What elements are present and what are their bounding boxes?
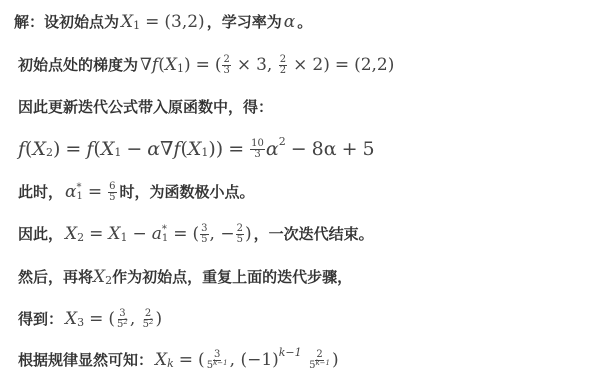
text: ，一次迭代结束。: [254, 222, 374, 246]
text: 时，为函数极小点。: [120, 180, 255, 204]
text: 。: [297, 10, 312, 34]
math-x1-definition: X1 = (3,2): [121, 10, 205, 34]
line-solution-start: 解：设初始点为 X1 = (3,2) ，学习率为 α 。: [14, 10, 312, 34]
math-x2-ref: X2: [93, 265, 112, 289]
text: 此时，: [18, 180, 63, 204]
text: 然后，再将: [18, 265, 93, 289]
fraction: 252: [142, 309, 155, 330]
fraction: 103: [250, 139, 265, 160]
text: 解：设初始点为: [14, 10, 119, 34]
text: 作为初始点，重复上面的迭代步骤，: [112, 265, 352, 289]
fraction: 23: [222, 55, 230, 76]
math-x2: X2 = X1 − a*1 = (35, −25): [65, 222, 252, 246]
text: ，学习率为: [207, 10, 282, 34]
math-alpha-star: α*1 = 65: [65, 180, 117, 204]
text: 因此，: [18, 222, 63, 246]
math-fx2: f(X2) = f(X1 − α∇f(X1)) = 103α2 − 8α + 5: [18, 137, 375, 161]
fraction: 352: [116, 309, 129, 330]
text: 根据规律显然可知：: [18, 348, 153, 372]
math-alpha: α: [284, 10, 295, 34]
line-alpha-optimal: 此时， α*1 = 65 时，为函数极小点。: [18, 180, 255, 204]
line-gradient: 初始点处的梯度为 ∇f(X1) = (23 ×3, 22 ×2) = (2,2): [18, 53, 396, 77]
fraction: 35k−1: [206, 350, 229, 371]
line-substitute: 因此更新迭代公式带入原函数中，得：: [18, 95, 273, 119]
text: 得到：: [18, 307, 63, 331]
fraction: 25k−1: [308, 350, 331, 371]
math-xk: Xk = (35k−1, (−1)k−1 25k−1): [155, 348, 339, 372]
math-gradient: ∇f(X1) = (23 ×3, 22 ×2) = (2,2): [140, 53, 394, 77]
text: 初始点处的梯度为: [18, 53, 138, 77]
fraction: 25: [236, 224, 244, 245]
text: 因此更新迭代公式带入原函数中，得：: [18, 95, 273, 119]
line-repeat: 然后，再将 X2 作为初始点，重复上面的迭代步骤，: [18, 265, 352, 289]
fraction: 35: [200, 224, 208, 245]
math-x3: X3 = (352, 252): [65, 307, 162, 331]
fraction: 22: [279, 55, 287, 76]
line-x2-result: 因此， X2 = X1 − a*1 = (35, −25) ，一次迭代结束。: [18, 222, 374, 246]
fraction: 65: [108, 182, 116, 203]
line-xk-general: 根据规律显然可知： Xk = (35k−1, (−1)k−1 25k−1): [18, 348, 341, 372]
line-x3-result: 得到： X3 = (352, 252): [18, 307, 164, 331]
line-formula-f-x2: f(X2) = f(X1 − α∇f(X1)) = 103α2 − 8α + 5: [18, 137, 377, 161]
